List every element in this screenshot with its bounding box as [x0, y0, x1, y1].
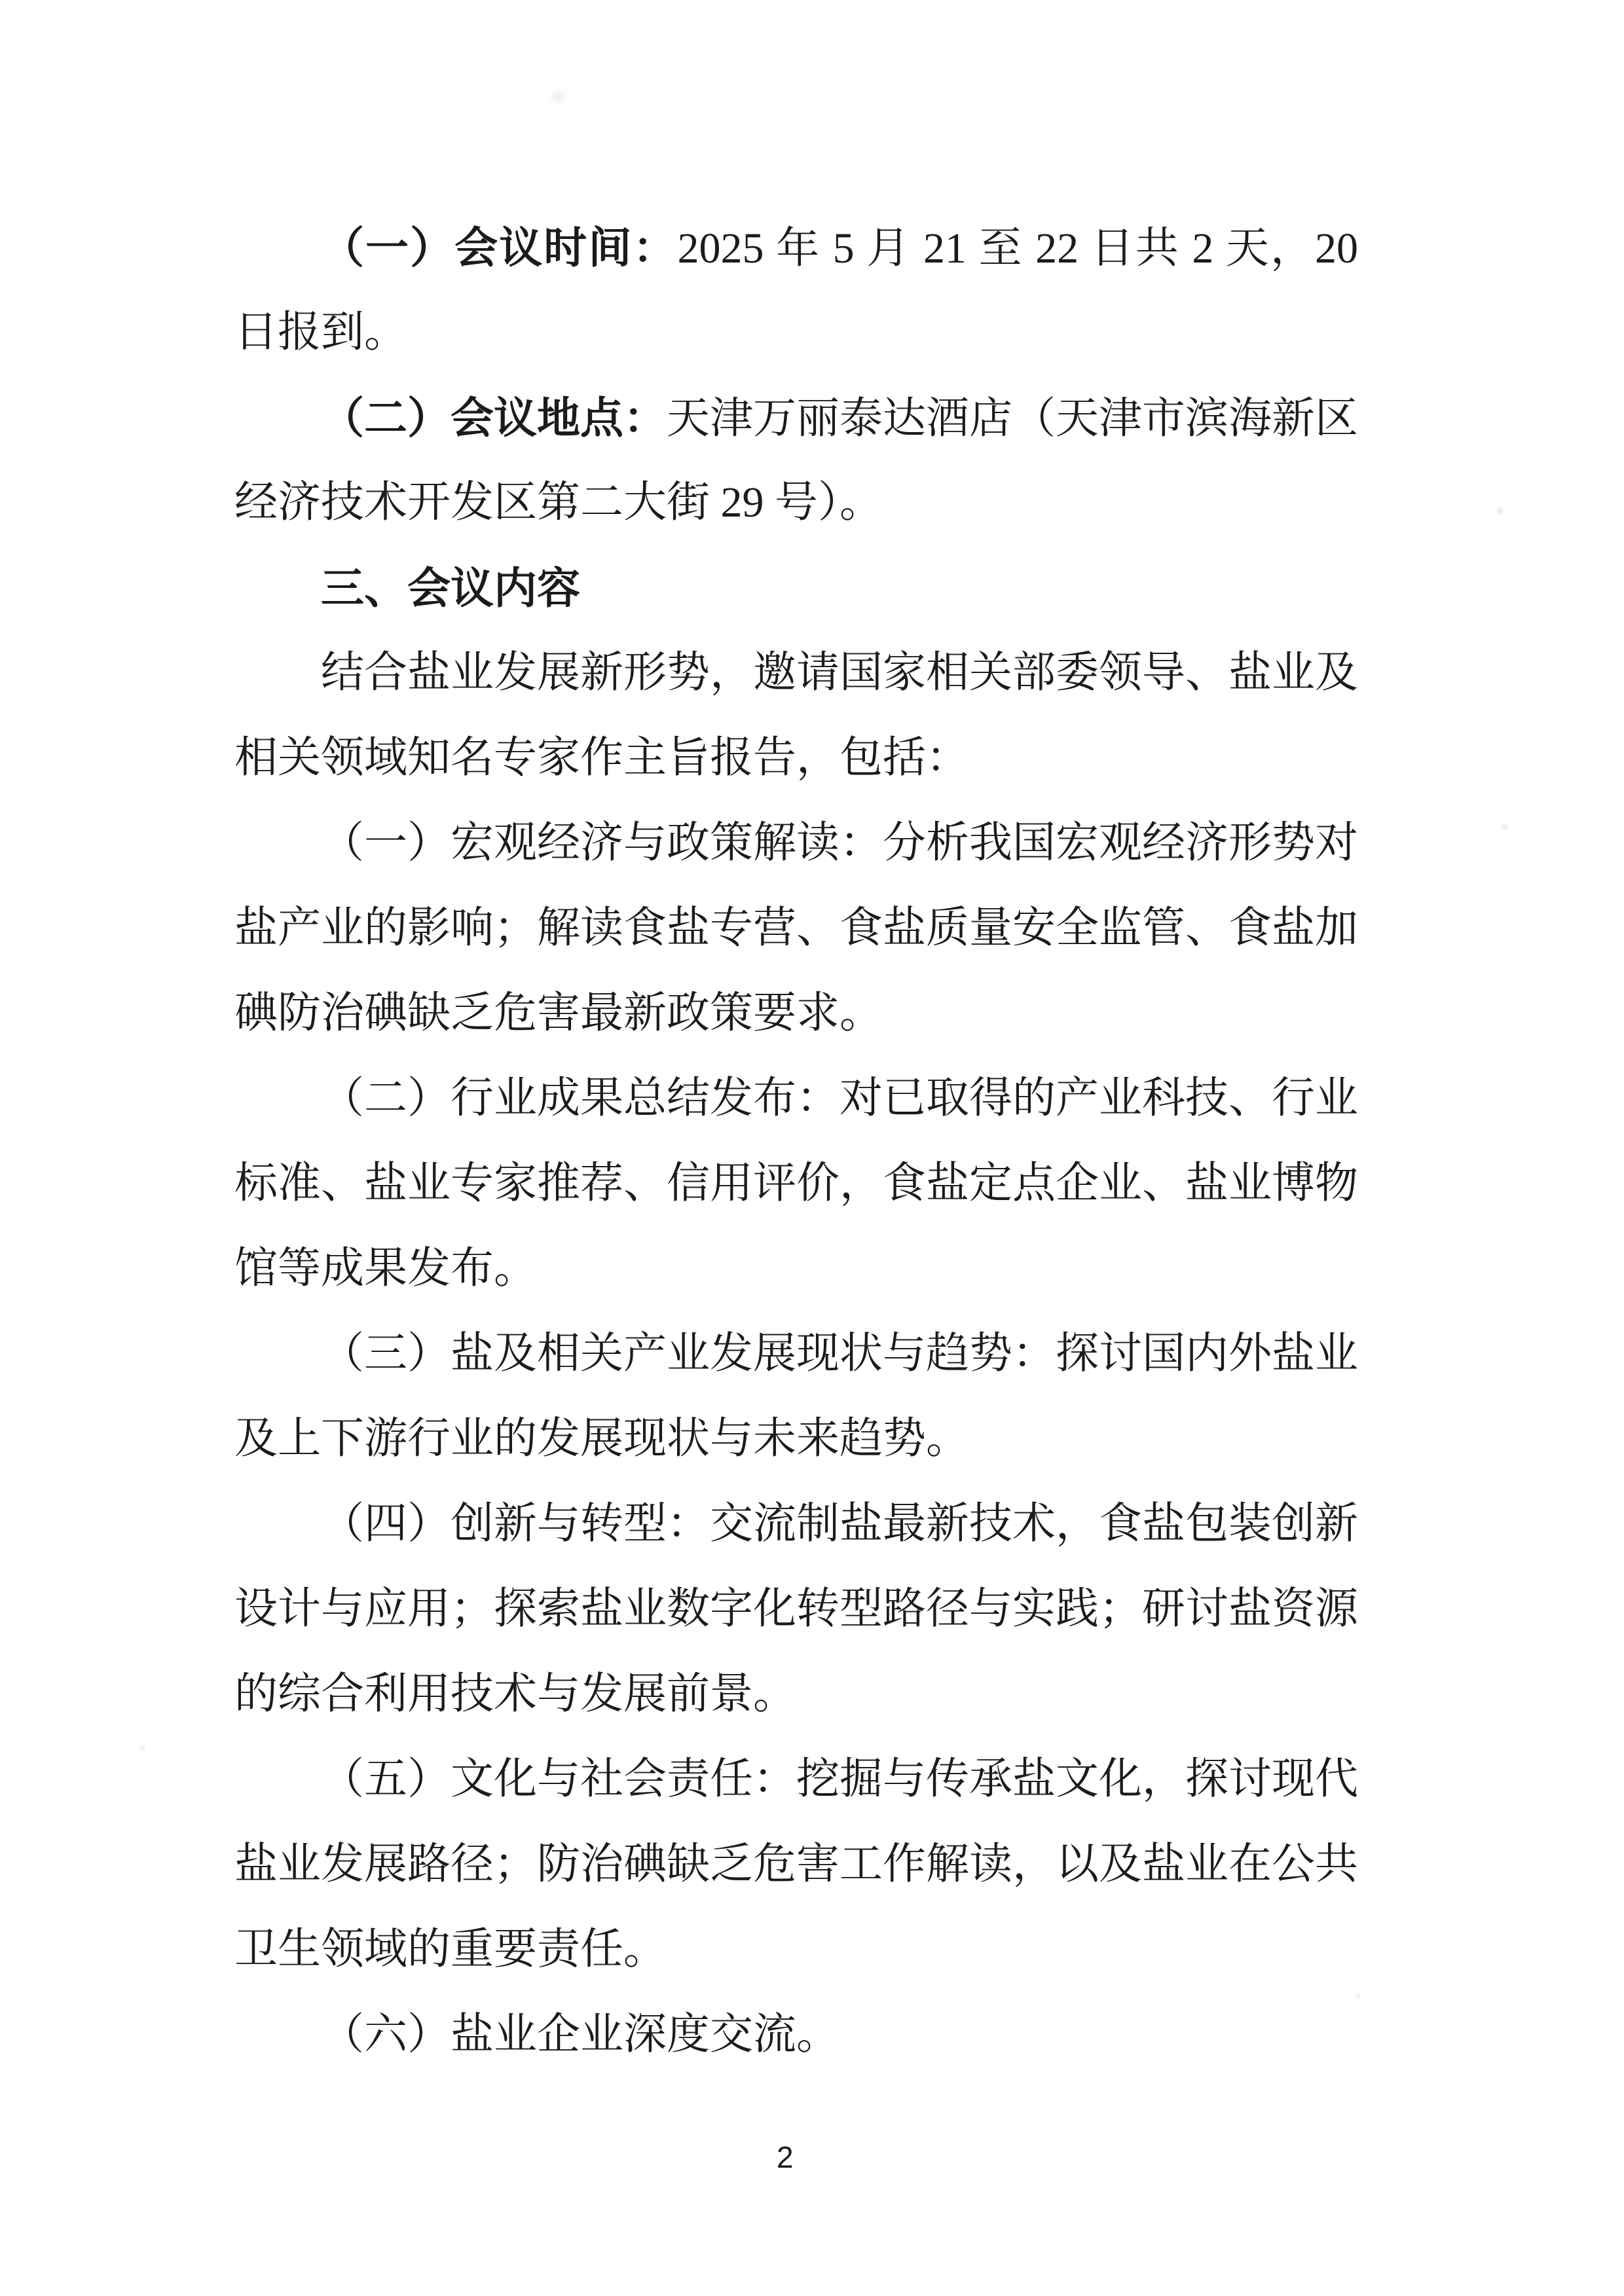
text-line: 馆等成果发布。 [234, 1226, 1358, 1311]
text-line: 卫生领域的重要责任。 [234, 1907, 1358, 1992]
page-number: 2 [777, 2142, 794, 2172]
text-line: （二）行业成果总结发布：对已取得的产业科技、行业 [234, 1056, 1358, 1141]
text-line: 日报到。 [234, 290, 1358, 375]
text-line: （三）盐及相关产业发展现状与趋势：探讨国内外盐业 [234, 1311, 1358, 1396]
text-line: 及上下游行业的发展现状与未来趋势。 [234, 1396, 1358, 1482]
text-line: （二）会议地点：天津万丽泰达酒店（天津市滨海新区 [234, 375, 1358, 460]
text-line: 盐产业的影响；解读食盐专营、食盐质量安全监管、食盐加 [234, 886, 1358, 971]
text-line: （一）宏观经济与政策解读：分析我国宏观经济形势对 [234, 801, 1358, 886]
text-line: （六）盐业企业深度交流。 [234, 1992, 1358, 2077]
text-line: 碘防治碘缺乏危害最新政策要求。 [234, 971, 1358, 1056]
text-line: 相关领域知名专家作主旨报告，包括： [234, 716, 1358, 801]
text-line: 三、会议内容 [234, 545, 1358, 630]
scan-smudge [1500, 822, 1510, 831]
document-text-block: （一）会议时间：2025 年 5 月 21 至 22 日共 2 天，20日报到。… [234, 205, 1358, 2077]
text-line: 设计与应用；探索盐业数字化转型路径与实践；研讨盐资源 [234, 1567, 1358, 1652]
text-line: （五）文化与社会责任：挖掘与传承盐文化，探讨现代 [234, 1737, 1358, 1822]
bold-heading: （一）会议时间： [321, 223, 678, 272]
scanned-document-page: （一）会议时间：2025 年 5 月 21 至 22 日共 2 天，20日报到。… [0, 0, 1624, 2296]
text-line: 经济技术开发区第二大街 29 号）。 [234, 460, 1358, 545]
scan-smudge [138, 1744, 147, 1752]
text-line: （一）会议时间：2025 年 5 月 21 至 22 日共 2 天，20 [234, 205, 1358, 290]
text-line: 的综合利用技术与发展前景。 [234, 1652, 1358, 1737]
text-line: （四）创新与转型：交流制盐最新技术，食盐包装创新 [234, 1482, 1358, 1567]
bold-heading: （二）会议地点： [321, 393, 667, 442]
text-line: 结合盐业发展新形势，邀请国家相关部委领导、盐业及 [234, 630, 1358, 716]
text-line: 标准、盐业专家推荐、信用评价，食盐定点企业、盐业博物 [234, 1141, 1358, 1226]
scan-smudge [547, 88, 569, 105]
text-line: 盐业发展路径；防治碘缺乏危害工作解读，以及盐业在公共 [234, 1822, 1358, 1907]
bold-heading: 三、会议内容 [321, 564, 580, 612]
scan-smudge [1494, 505, 1506, 516]
